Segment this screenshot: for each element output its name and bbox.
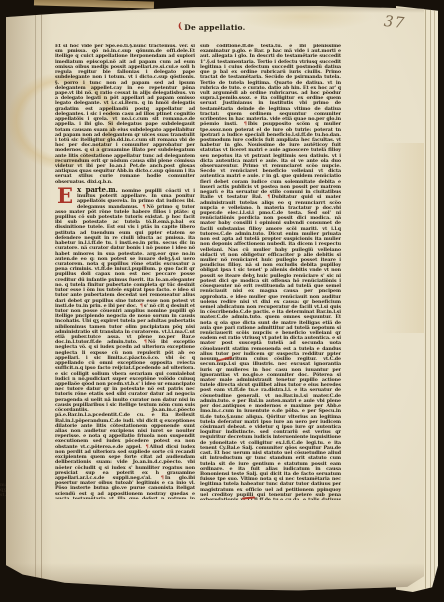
rubric-paren-mark: ( bbox=[177, 23, 182, 33]
book-photo: ( De appellatio. 37 Et si hoc vide per S… bbox=[0, 0, 444, 602]
paragraph-with-dropcap: Ex parte.m. nomine pupilli cöacti vt i i… bbox=[55, 187, 195, 499]
paragraph: sub cöditione.ff.de testa.tu. e ibi plen… bbox=[200, 44, 341, 500]
fragment-line: st. bbox=[0, 493, 8, 498]
running-title: De appellatio. bbox=[184, 23, 245, 32]
text-column-left: Et si hoc vide per Spe.eo.ti.§.nunc trac… bbox=[55, 44, 195, 499]
dropcap-initial-E: E bbox=[55, 187, 75, 207]
text-segment: Dubitatur quid si mater administrauit tu… bbox=[200, 194, 341, 500]
page-content: ( De appellatio. 37 Et si hoc vide per S… bbox=[0, 0, 444, 602]
text-column-right: sub cöditione.ff.de testa.tu. e ibi plen… bbox=[200, 44, 341, 500]
text-segment: Nö primo q tutor asso mater pöt röne tut… bbox=[55, 204, 195, 309]
text-segment: Nö ibi exceptio neglecta vö. q si iudex … bbox=[55, 339, 195, 449]
running-header: ( De appellatio. bbox=[178, 23, 245, 32]
text-segment: Ibis psupposito scöm q mulier tpe.ssoz.n… bbox=[200, 121, 341, 200]
paragraph-text: x parte.m. nomine pupilli cöacti vt i in… bbox=[55, 188, 195, 499]
paragraph: Et si hoc vide per Spe.eo.ti.§.nunc trac… bbox=[55, 44, 195, 185]
facing-page-text-fragment: m: qʒ st. bbox=[0, 483, 8, 499]
folio-number: 37 bbox=[383, 12, 406, 32]
text-segment: sub cöditione.ff.de testa.tu. e ibi plen… bbox=[200, 44, 341, 127]
